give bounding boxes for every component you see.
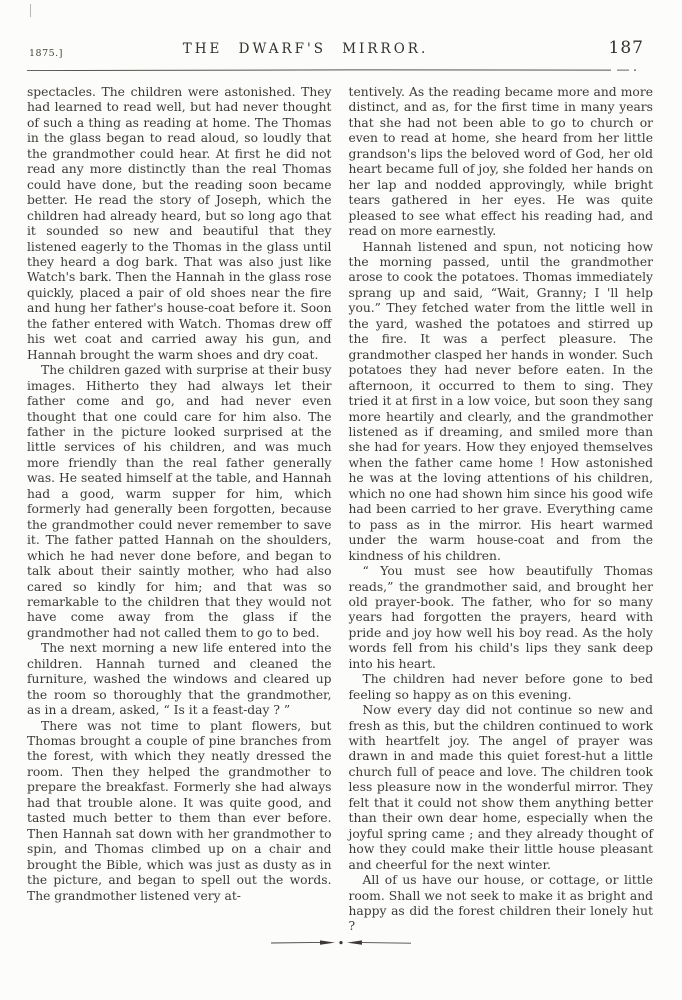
right-column: tentively. As the reading became more an… <box>349 85 654 935</box>
paragraph: The next morning a new life entered into… <box>27 641 332 718</box>
page-header: 1875.] THE DWARF'S MIRROR. 187 <box>27 38 652 64</box>
scan-mark <box>30 4 31 17</box>
header-rule <box>27 69 639 71</box>
book-page: 1875.] THE DWARF'S MIRROR. 187 spectacle… <box>0 0 682 1000</box>
paragraph: Hannah listened and spun, not noticing h… <box>349 240 654 565</box>
paragraph: The children had never before gone to be… <box>349 672 654 703</box>
text-columns: spectacles. The children were astonished… <box>27 85 653 935</box>
paragraph: tentively. As the reading became more an… <box>349 85 654 240</box>
running-title: THE DWARF'S MIRROR. <box>13 41 598 57</box>
paragraph: spectacles. The children were astonished… <box>27 85 332 363</box>
left-column: spectacles. The children were astonished… <box>27 85 332 935</box>
paragraph: The children gazed with surprise at thei… <box>27 363 332 641</box>
paragraph: Now every day did not continue so new an… <box>349 703 654 873</box>
page-number: 187 <box>609 38 644 58</box>
paragraph: “ You must see how beautifully Thomas re… <box>349 564 654 672</box>
paragraph: All of us have our house, or cottage, or… <box>349 873 654 935</box>
paragraph: There was not time to plant flowers, but… <box>27 719 332 904</box>
tailpiece-ornament-icon <box>271 936 411 950</box>
